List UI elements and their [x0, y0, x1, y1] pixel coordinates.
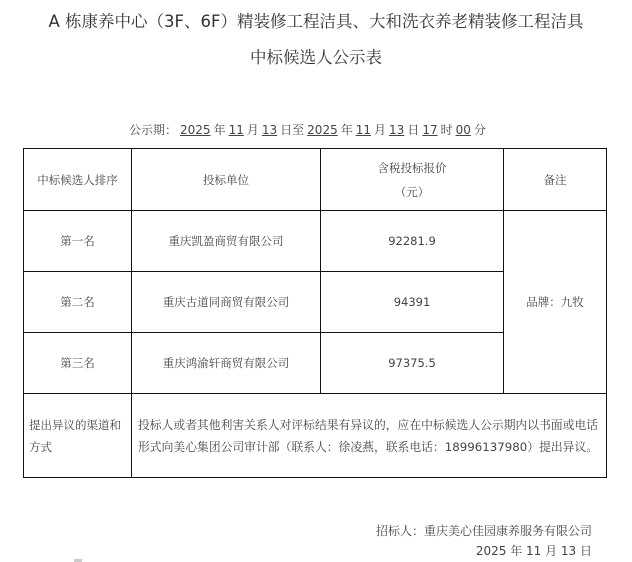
header-price-line2: （元） — [321, 180, 503, 204]
start-year: 2025 — [177, 123, 214, 137]
header-bidder: 投标单位 — [132, 149, 321, 211]
document-title-line2: 中标候选人公示表 — [0, 44, 632, 68]
day-unit: 日 — [407, 123, 419, 137]
rank-cell: 第三名 — [24, 333, 132, 394]
issuer: 招标人：重庆美心佳园康养服务有限公司 — [376, 522, 592, 539]
year-unit: 年 — [214, 123, 226, 137]
month-unit: 月 — [247, 123, 259, 137]
header-rank: 中标候选人排序 — [24, 149, 132, 211]
month-unit: 月 — [374, 123, 386, 137]
objection-row: 提出异议的渠道和方式 投标人或者其他利害关系人对评标结果有异议的，应在中标候选人… — [24, 394, 607, 478]
price-cell: 92281.9 — [321, 211, 504, 272]
hour-unit: 时 — [441, 123, 453, 137]
price-cell: 97375.5 — [321, 333, 504, 394]
period-label: 公示期： — [129, 123, 177, 137]
day-to: 日至 — [280, 123, 304, 137]
header-price-line1: 含税投标报价 — [321, 156, 503, 180]
start-month: 11 — [226, 123, 247, 137]
header-price: 含税投标报价 （元） — [321, 149, 504, 211]
end-year: 2025 — [304, 123, 341, 137]
document-title-line1: A 栋康养中心（3F、6F）精装修工程洁具、大和洗衣养老精装修工程洁具 — [0, 8, 632, 32]
objection-label: 提出异议的渠道和方式 — [24, 394, 132, 478]
minute-unit: 分 — [474, 123, 486, 137]
table-row: 第一名 重庆凯盈商贸有限公司 92281.9 品牌：九牧 — [24, 211, 607, 272]
publicity-period: 公示期：2025年11月13日至2025年11月13日17时00分 — [129, 121, 486, 138]
rank-cell: 第一名 — [24, 211, 132, 272]
rank-cell: 第二名 — [24, 272, 132, 333]
price-cell: 94391 — [321, 272, 504, 333]
end-month: 11 — [353, 123, 374, 137]
remark-cell: 品牌：九牧 — [504, 211, 607, 394]
table-header-row: 中标候选人排序 投标单位 含税投标报价 （元） 备注 — [24, 149, 607, 211]
end-minute: 00 — [453, 123, 474, 137]
objection-text: 投标人或者其他利害关系人对评标结果有异议的，应在中标候选人公示期内以书面或电话形… — [132, 394, 607, 478]
bidder-cell: 重庆鸿渝轩商贸有限公司 — [132, 333, 321, 394]
bidder-cell: 重庆古道同商贸有限公司 — [132, 272, 321, 333]
bidder-cell: 重庆凯盈商贸有限公司 — [132, 211, 321, 272]
issue-date: 2025 年 11 月 13 日 — [476, 542, 592, 559]
start-day: 13 — [259, 123, 280, 137]
candidate-table: 中标候选人排序 投标单位 含税投标报价 （元） 备注 第一名 重庆凯盈商贸有限公… — [23, 148, 607, 478]
end-day: 13 — [386, 123, 407, 137]
header-remark: 备注 — [504, 149, 607, 211]
end-hour: 17 — [419, 123, 440, 137]
year-unit: 年 — [341, 123, 353, 137]
